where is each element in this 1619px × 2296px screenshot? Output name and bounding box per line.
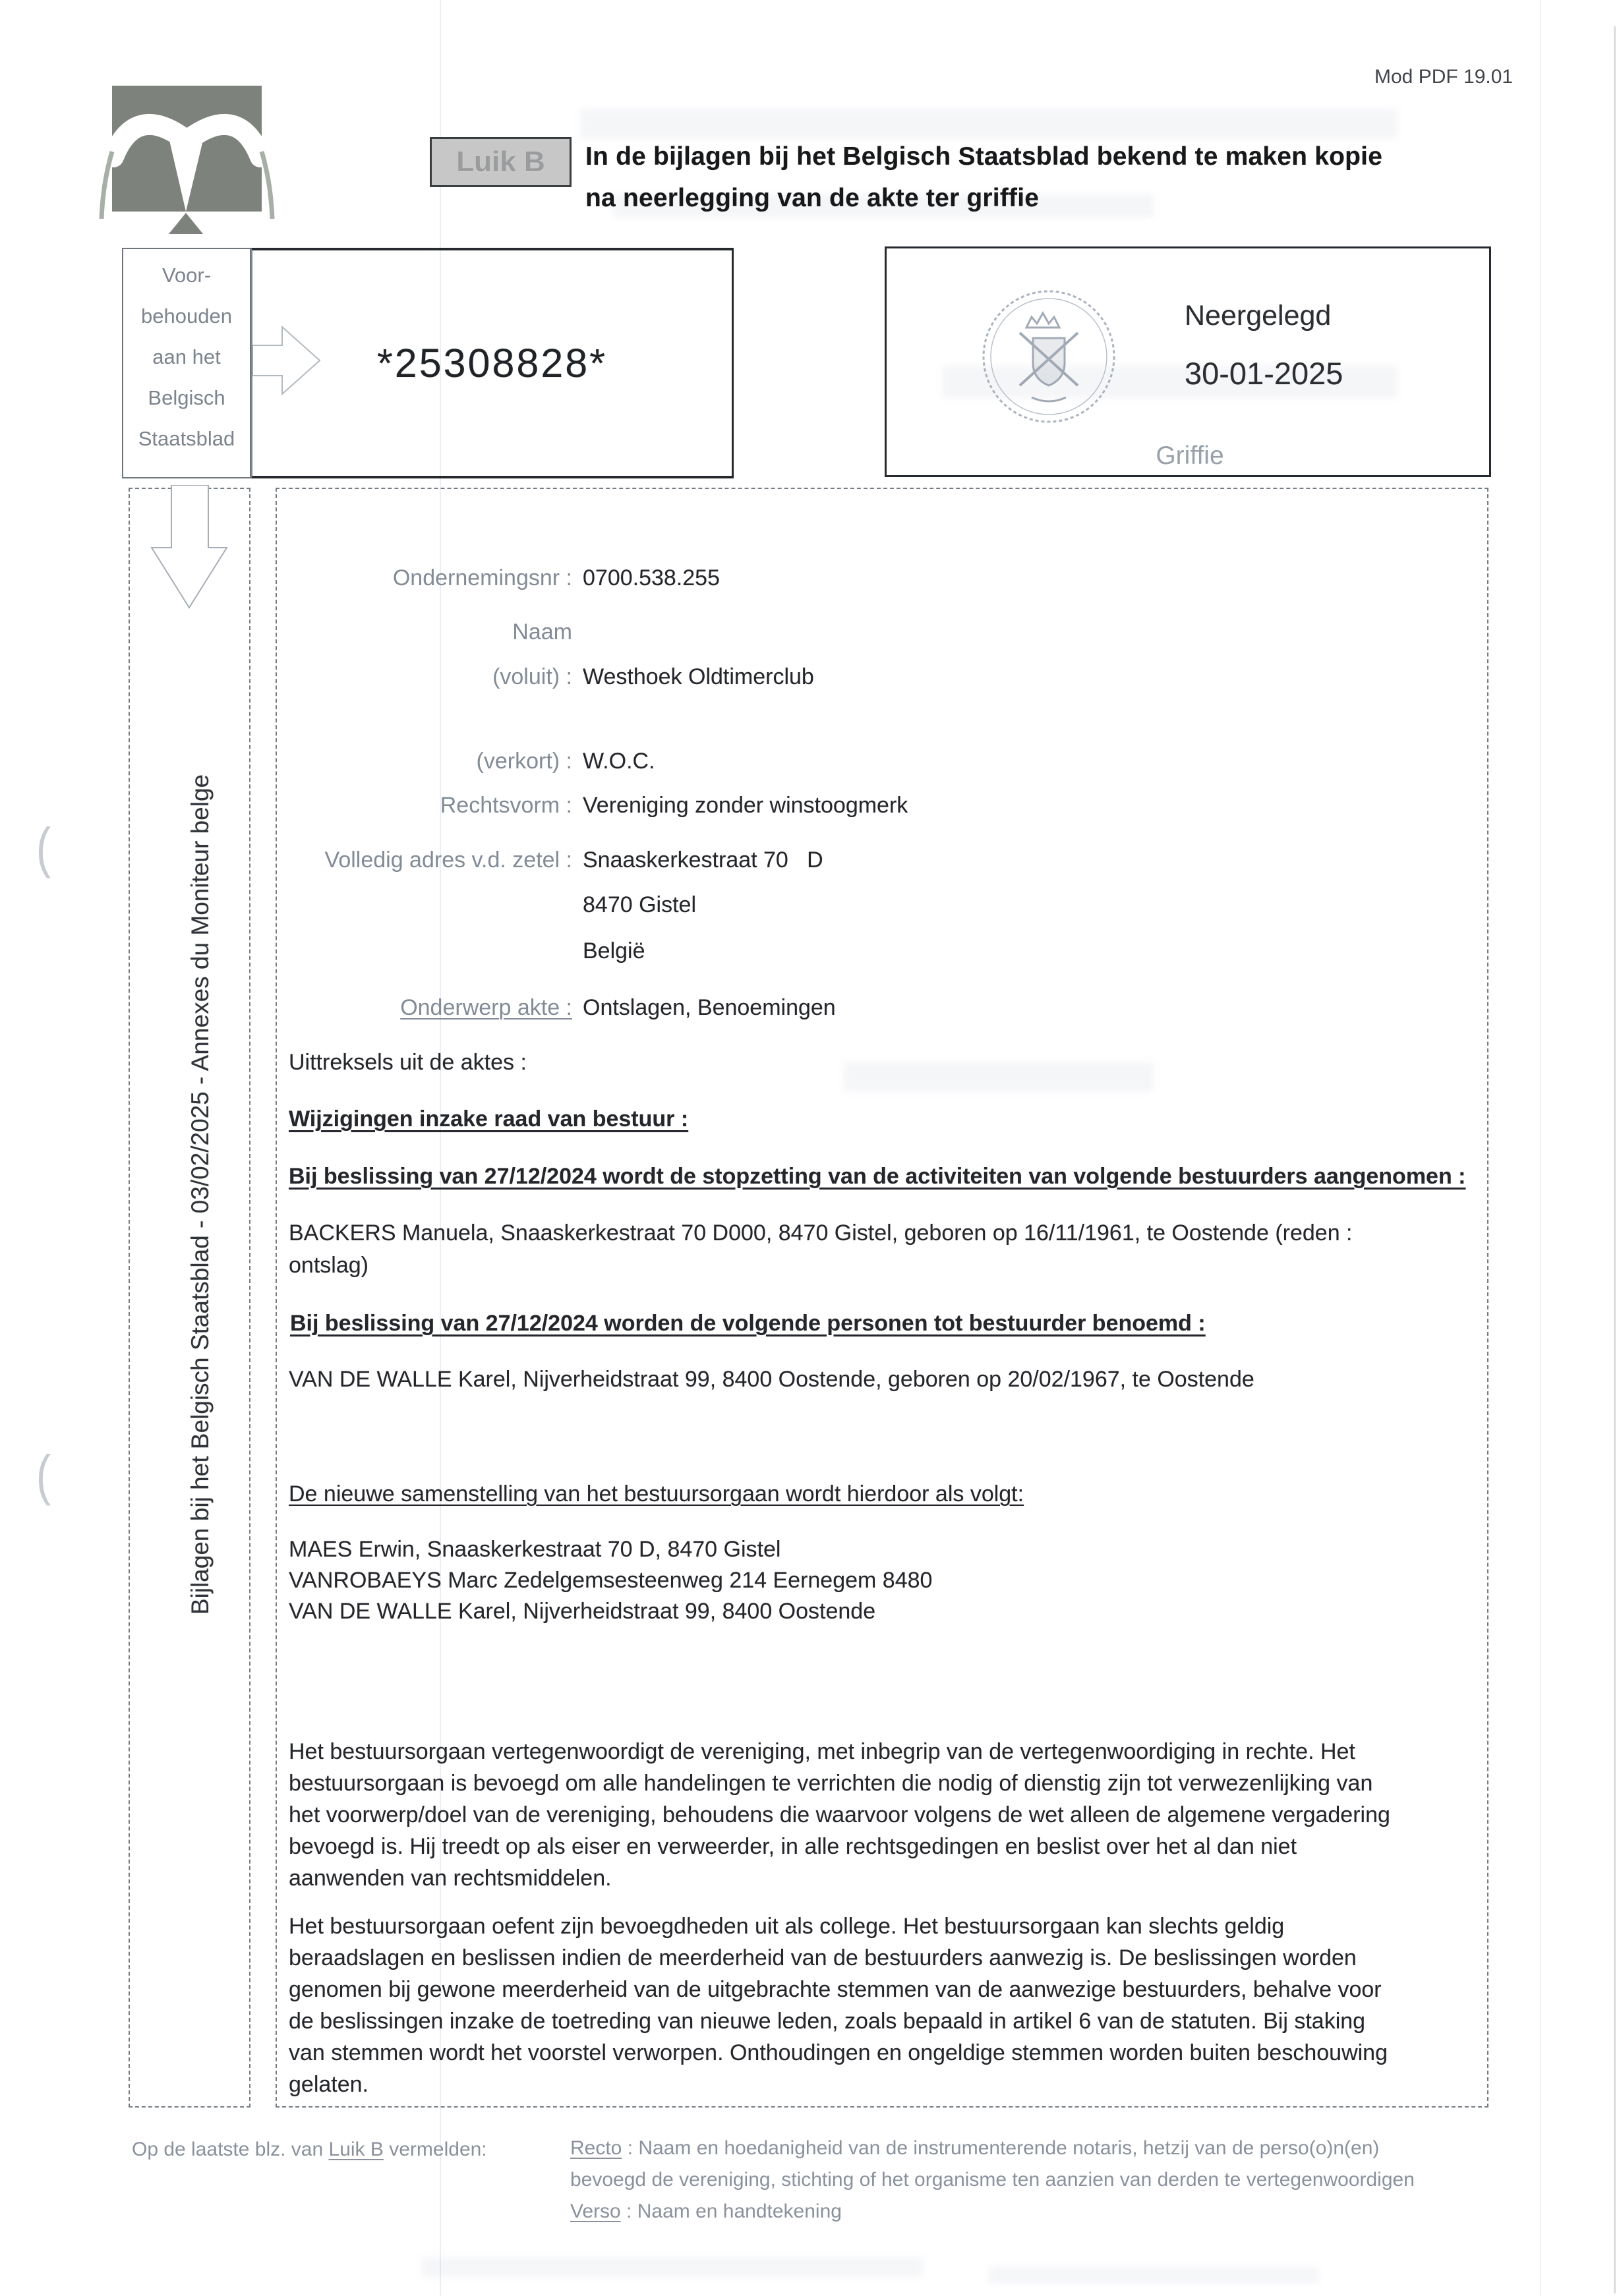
paragraph-representation: Het bestuursorgaan vertegenwoordigt de v… [289, 1736, 1482, 1894]
subject-value: Ontslagen, Benoemingen [583, 995, 836, 1021]
scan-edge-artifact [1614, 26, 1616, 2293]
page-title-line1: In de bijlagen bij het Belgisch Staatsbl… [585, 142, 1382, 171]
footer-note-suffix: vermelden: [384, 2138, 487, 2160]
footer-note-luik-b: Luik B [329, 2138, 384, 2160]
scan-line-artifact [1540, 0, 1541, 2296]
scanned-document-page: ( ( Mod PDF 19.01 Luik B In de bijlagen … [0, 0, 1619, 2296]
footer-note: Op de laatste blz. van Luik B vermelden: [132, 2134, 487, 2166]
heading-board-changes: Wijzigingen inzake raad van bestuur : [289, 1103, 688, 1135]
appointment-entry: VAN DE WALLE Karel, Nijverheidstraat 99,… [289, 1363, 1254, 1395]
board-members-list: MAES Erwin, Snaaskerkestraat 70 D, 8470 … [289, 1534, 1475, 1627]
luik-b-box: Luik B [430, 137, 572, 187]
form-model-label: Mod PDF 19.01 [1374, 66, 1513, 88]
address-line1-value: Snaaskerkestraat 70 D [583, 847, 823, 873]
short-name-label: (verkort) : [277, 749, 572, 774]
heading-new-composition: De nieuwe samenstelling van het bestuurs… [289, 1478, 1024, 1510]
moniteur-belge-logo-icon [86, 78, 283, 249]
enterprise-number-label: Ondernemingsnr : [277, 565, 572, 591]
extracts-intro: Uittreksels uit de aktes : [289, 1047, 527, 1078]
footer-recto-label: Recto [570, 2137, 622, 2159]
luik-b-label: Luik B [456, 146, 545, 179]
address-line3-value: België [583, 938, 645, 964]
legal-form-label: Rechtsvorm : [277, 793, 572, 818]
punch-hole-mark: ( [36, 816, 51, 880]
reserved-box-line: Voor- [123, 264, 250, 287]
reserved-box-line: Belgisch [123, 386, 250, 410]
scan-smudge-artifact [422, 2257, 923, 2277]
reserved-box-line: behouden [123, 304, 250, 328]
stamp-label: Neergelegd [1185, 300, 1331, 332]
arrow-right-icon [252, 326, 322, 395]
heading-resignation: Bij beslissing van 27/12/2024 wordt de s… [289, 1161, 1466, 1192]
footer-recto-text: : Naam en hoedanigheid van de instrument… [570, 2137, 1415, 2191]
sidebar-vertical-text-wrap: Bijlagen bij het Belgisch Staatsblad - 0… [187, 623, 235, 1766]
deposit-number: *25308828* [377, 340, 607, 386]
footer-verso-label: Verso [570, 2200, 621, 2222]
stamp-office: Griffie [887, 442, 1493, 471]
scan-bleed-artifact [580, 109, 1398, 138]
enterprise-number-value: 0700.538.255 [583, 565, 720, 591]
reserved-for-staatsblad-box: Voor- behouden aan het Belgisch Staatsbl… [122, 248, 251, 478]
paragraph-college: Het bestuursorgaan oefent zijn bevoegdhe… [289, 1910, 1482, 2100]
heading-appointment: Bij beslissing van 27/12/2024 worden de … [290, 1307, 1206, 1339]
footer-note-prefix: Op de laatste blz. van [132, 2138, 329, 2160]
legal-form-value: Vereniging zonder winstoogmerk [583, 793, 908, 818]
deposit-stamp-box: Neergelegd 30-01-2025 Griffie [885, 246, 1491, 477]
full-name-value: Westhoek Oldtimerclub [583, 664, 814, 690]
reserved-box-line: Staatsblad [123, 427, 250, 451]
subject-label: Onderwerp akte : [277, 995, 572, 1021]
stamp-date: 30-01-2025 [1185, 355, 1343, 391]
address-label: Volledig adres v.d. zetel : [277, 847, 572, 873]
sidebar-vertical-text: Bijlagen bij het Belgisch Staatsblad - 0… [187, 623, 214, 1766]
full-name-label: (voluit) : [277, 664, 572, 690]
scan-smudge-artifact [989, 2267, 1318, 2283]
reserved-box-line: aan het [123, 345, 250, 369]
royal-seal-icon [979, 287, 1119, 426]
footer-verso-line: Verso : Naam en handtekening [570, 2196, 1460, 2227]
address-line2-value: 8470 Gistel [583, 892, 696, 918]
footer-verso-text: : Naam en handtekening [621, 2200, 842, 2222]
footer-recto-line: Recto : Naam en hoedanigheid van de inst… [570, 2133, 1460, 2196]
short-name-value: W.O.C. [583, 749, 655, 774]
footer-instructions: Recto : Naam en hoedanigheid van de inst… [570, 2133, 1460, 2227]
resignation-entry: BACKERS Manuela, Snaaskerkestraat 70 D00… [289, 1217, 1475, 1282]
punch-hole-mark: ( [36, 1443, 51, 1507]
name-label: Naam [277, 619, 572, 645]
page-title-line2: na neerlegging van de akte ter griffie [585, 184, 1039, 213]
arrow-down-icon [150, 485, 229, 610]
deposit-number-box: *25308828* [251, 248, 734, 478]
